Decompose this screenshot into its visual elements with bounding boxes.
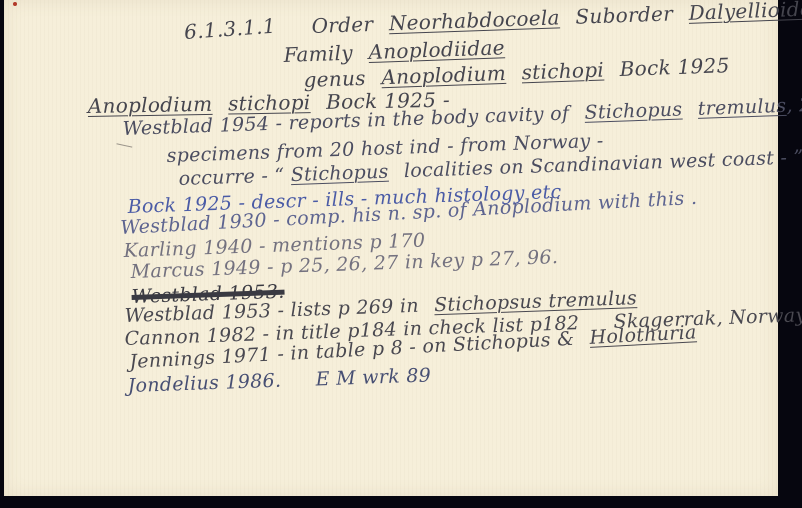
suborder-name: Dalyellioidea: [688, 0, 802, 25]
species-name: stichopi: [521, 58, 604, 85]
westblad-1954-count: , 268: [786, 93, 802, 117]
red-ink-speck: [13, 2, 17, 6]
order-name: Neorhabdocoela: [388, 5, 560, 35]
title-genus: Anoplodium: [88, 92, 213, 118]
occurrence-prefix: occurre - “: [178, 164, 285, 190]
jondelius-1986-text: Jondelius 1986.: [127, 370, 281, 397]
catalog-number-left-text: 6.1.3.1.1: [183, 14, 276, 44]
host-species: tremulus: [697, 95, 786, 120]
genus-author: Bock 1925: [619, 53, 730, 81]
index-card: 6.1.3.1.1 Order Neorhabdocoela Suborder …: [4, 0, 778, 496]
family-name: Anoplodiidae: [368, 35, 505, 64]
occurrence-host: Stichopus: [290, 161, 389, 186]
jennings-1971-host: Holothuria: [589, 321, 697, 349]
genus-label: genus: [303, 66, 366, 92]
genus-name: Anoplodium: [381, 61, 506, 89]
jondelius-note: E M wrk 89: [315, 364, 431, 390]
catalog-number-left: 6.1.3.1.1: [183, 14, 276, 44]
order-label: Order: [311, 12, 373, 38]
suborder-label: Suborder: [575, 1, 673, 28]
host-genus: Stichopus: [584, 98, 683, 123]
family-label: Family: [283, 41, 353, 67]
order-line: Order Neorhabdocoela Suborder Dalyellioi…: [311, 0, 802, 38]
